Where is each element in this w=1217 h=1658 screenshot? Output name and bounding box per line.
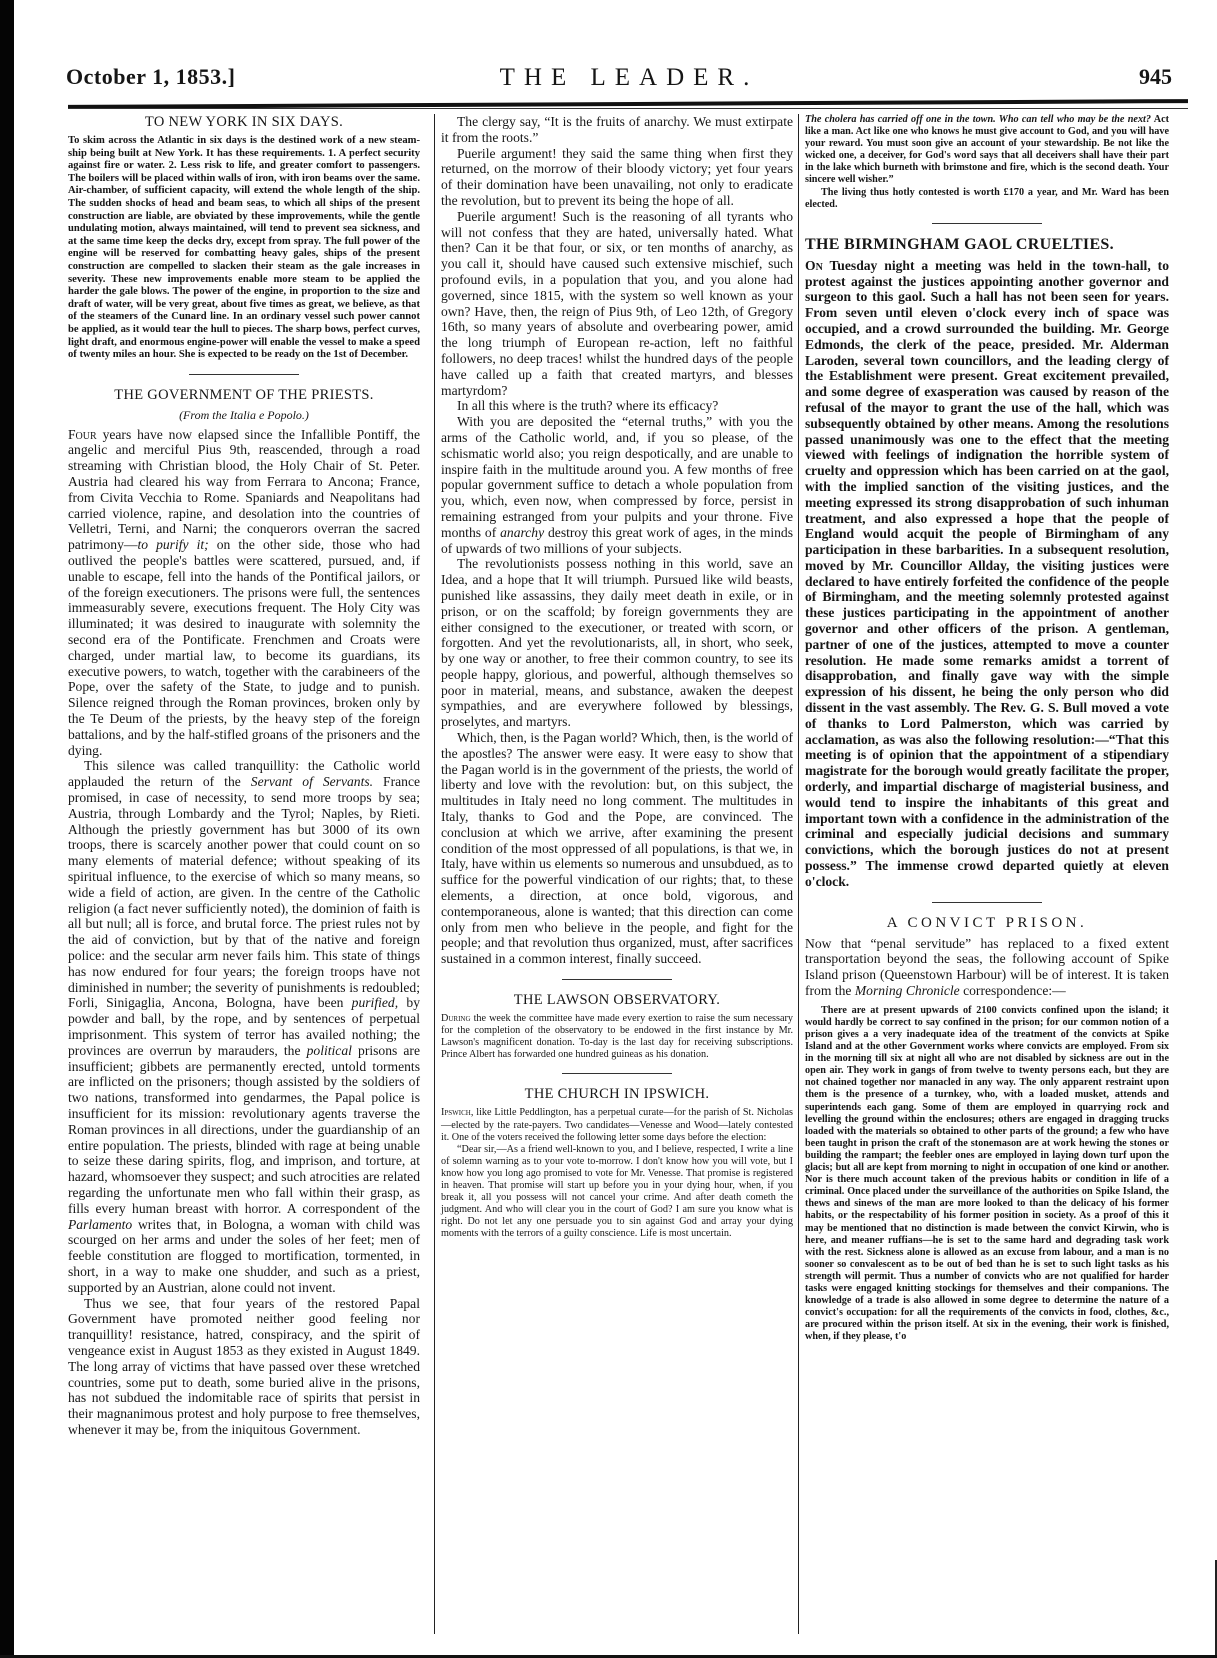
masthead: October 1, 1853.] THE LEADER. 945 (66, 64, 1192, 96)
article-title: A CONVICT PRISON. (805, 915, 1169, 932)
masthead-rule-thin (68, 108, 1188, 109)
paragraph: The revolutionists possess nothing in th… (441, 556, 793, 730)
article-title: THE BIRMINGHAM GAOL CRUELTIES. (805, 236, 1169, 254)
article-body: During the week the committee have made … (441, 1013, 793, 1061)
column-3: The cholera has carried off one in the t… (798, 114, 1169, 1634)
article-body: On Tuesday night a meeting was held in t… (805, 258, 1169, 890)
paragraph: Puerile argument! they said the same thi… (441, 146, 793, 209)
paragraph: The clergy say, “It is the fruits of ana… (441, 114, 793, 146)
letter-text: “Dear sir,—As a friend well-known to you… (441, 1144, 793, 1241)
article-title: THE GOVERNMENT OF THE PRIESTS. (68, 387, 420, 404)
article-title: THE CHURCH IN IPSWICH. (441, 1086, 793, 1103)
column-2: The clergy say, “It is the fruits of ana… (434, 114, 793, 1634)
article-title: TO NEW YORK IN SIX DAYS. (68, 114, 420, 131)
article-body: To skim across the Atlantic in six days … (68, 135, 420, 362)
paragraph: The living thus hotly contested is worth… (805, 187, 1169, 211)
letter-text-continued: The cholera has carried off one in the t… (805, 114, 1169, 187)
article-new-york: TO NEW YORK IN SIX DAYS. To skim across … (68, 114, 420, 362)
paragraph: Now that “penal servitude” has replaced … (805, 936, 1169, 999)
paragraph: In all this where is the truth? where it… (441, 398, 793, 414)
lead-word: Four (68, 427, 97, 442)
paragraph: This silence was called tranquillity: th… (68, 758, 420, 1295)
article-convict-prison: A CONVICT PRISON. Now that “penal servit… (805, 915, 1169, 1344)
page-number: 945 (1139, 64, 1172, 90)
section-divider (562, 979, 672, 980)
article-church-in-ipswich: THE CHURCH IN IPSWICH. Ipswich, like Lit… (441, 1086, 793, 1240)
article-lawson-observatory: THE LAWSON OBSERVATORY. During the week … (441, 992, 793, 1061)
paragraph: Four years have now elapsed since the In… (68, 427, 420, 759)
scan-edge-bar (0, 0, 14, 1658)
paragraph: Which, then, is the Pagan world? Which, … (441, 730, 793, 967)
article-source: (From the Italia e Popolo.) (68, 408, 420, 423)
column-1: TO NEW YORK IN SIX DAYS. To skim across … (68, 114, 420, 1438)
section-divider (932, 902, 1042, 903)
article-birmingham-gaol: THE BIRMINGHAM GAOL CRUELTIES. On Tuesda… (805, 236, 1169, 890)
section-divider (562, 1073, 672, 1074)
section-divider (932, 223, 1042, 224)
paragraph-continued: Thus we see, that four years of the rest… (68, 1296, 420, 1438)
article-government-of-priests: THE GOVERNMENT OF THE PRIESTS. (From the… (68, 387, 420, 1438)
newspaper-title: THE LEADER. (66, 64, 1192, 92)
article-title: THE LAWSON OBSERVATORY. (441, 992, 793, 1009)
paragraph: Ipswich, like Little Peddlington, has a … (441, 1107, 793, 1143)
quoted-correspondence: There are at present upwards of 2100 con… (805, 1005, 1169, 1344)
section-divider (189, 374, 299, 375)
paragraph: Puerile argument! Such is the reasoning … (441, 209, 793, 399)
paragraph: With you are deposited the “eternal trut… (441, 414, 793, 556)
